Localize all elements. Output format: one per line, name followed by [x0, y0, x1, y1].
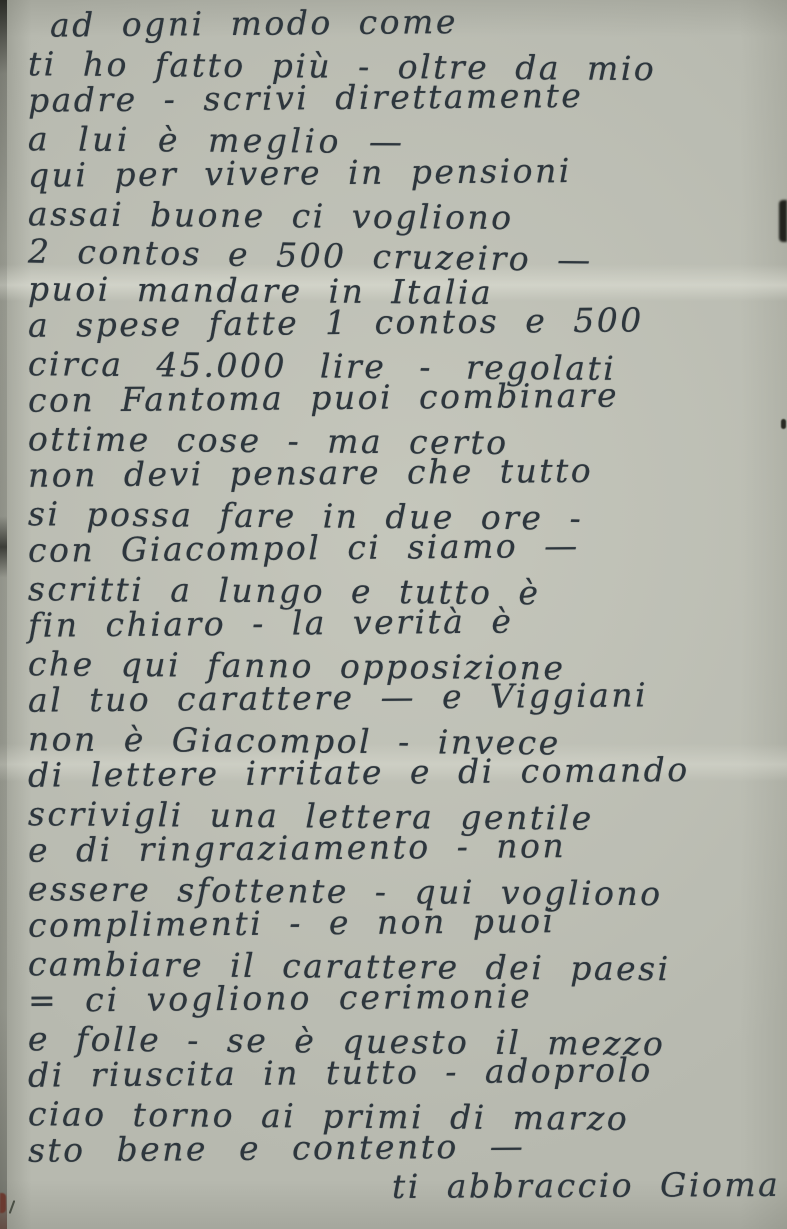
- letter-line: qui per vivere in pensioni: [0, 150, 787, 194]
- letter-line signature-line: ti abbraccio Gioma —: [0, 1165, 787, 1207]
- letter-line: fin chiaro - la verità è: [0, 600, 787, 644]
- letter-page: ad ogni modo come ti ho fatto più - oltr…: [0, 0, 787, 1229]
- letter-line: con Fantoma puoi combinare: [0, 375, 787, 419]
- letter-body: ad ogni modo come ti ho fatto più - oltr…: [0, 7, 787, 1207]
- letter-line: complimenti - e non puoi: [0, 900, 787, 944]
- letter-line: e di ringraziamento - non: [0, 825, 787, 869]
- letter-line: al tuo carattere — e Viggiani: [0, 675, 787, 719]
- letter-line: assai buone ci vogliono: [0, 195, 787, 239]
- letter-line: di lettere irritate e di comando: [0, 750, 787, 794]
- letter-line: = ci vogliono cerimonie: [0, 975, 787, 1019]
- letter-line: di riuscita in tutto - adoprolo: [0, 1050, 787, 1094]
- letter-line: ad ogni modo come: [0, 0, 787, 44]
- letter-line: a spese fatte 1 contos e 500: [0, 300, 787, 344]
- letter-line: non devi pensare che tutto: [0, 450, 787, 494]
- letter-line: sto bene e contento —: [0, 1125, 787, 1169]
- letter-line: padre - scrivi direttamente: [0, 75, 787, 119]
- letter-line: con Giacompol ci siamo —: [0, 525, 787, 569]
